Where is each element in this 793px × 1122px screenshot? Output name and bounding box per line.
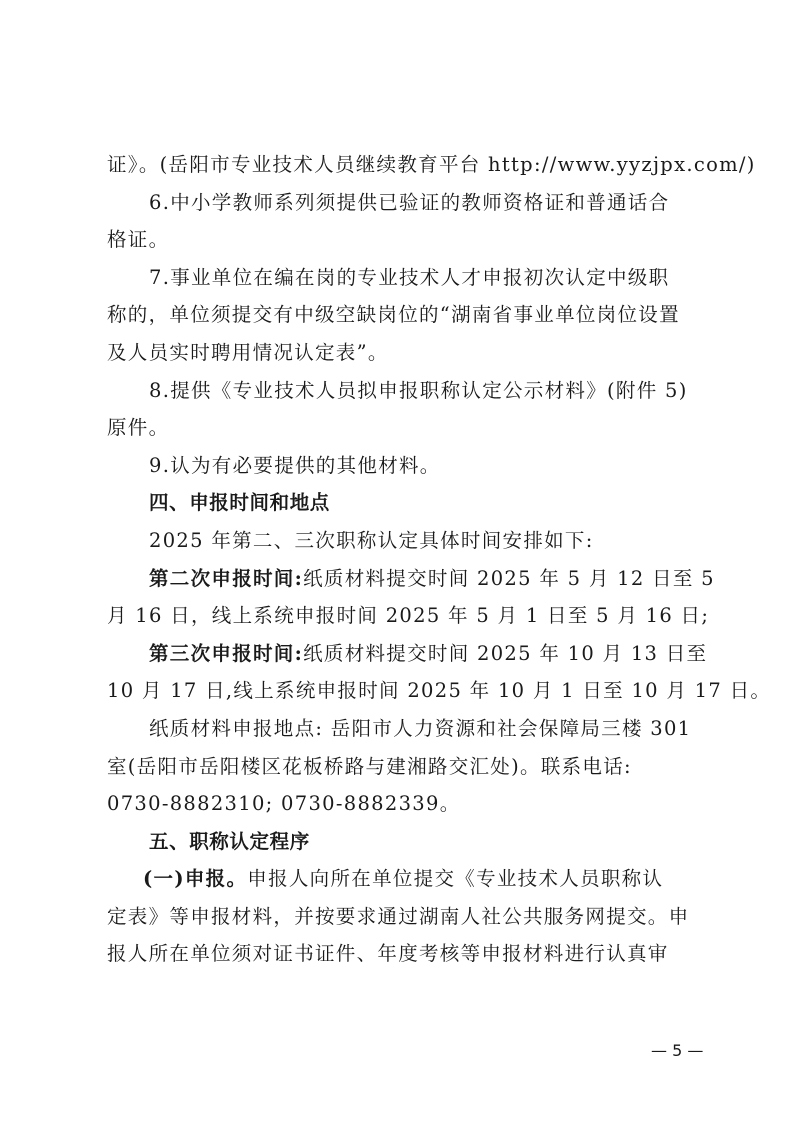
- second-round-label: 第二次申报时间:: [149, 567, 303, 590]
- paragraph-line: 称的，单位须提交有中级空缺岗位的“湖南省事业单位岗位设置: [107, 296, 695, 334]
- paragraph-line: 2025 年第二、三次职称认定具体时间安排如下:: [107, 522, 695, 560]
- page-number: — 5 —: [651, 1041, 703, 1060]
- paragraph-line: 10 月 17 日,线上系统申报时间 2025 年 10 月 1 日至 10 月…: [107, 672, 695, 710]
- paragraph-line: 原件。: [107, 409, 695, 447]
- third-round-text: 纸质材料提交时间 2025 年 10 月 13 日至: [303, 642, 707, 665]
- paragraph-line: 报人所在单位须对证书证件、年度考核等申报材料进行认真审: [107, 935, 695, 973]
- section-heading-5: 五、职称认定程序: [107, 823, 695, 861]
- paragraph-line: 及人员实时聘用情况认定表”。: [107, 334, 695, 372]
- paragraph-line: 格证。: [107, 221, 695, 259]
- list-item-6: 6.中小学教师系列须提供已验证的教师资格证和普通话合: [107, 184, 695, 222]
- third-round-label: 第三次申报时间:: [149, 642, 303, 665]
- step-1-apply: (一)申报。申报人向所在单位提交《专业技术人员职称认: [107, 860, 695, 898]
- paragraph-line: 定表》等申报材料，并按要求通过湖南人社公共服务网提交。申: [107, 898, 695, 936]
- contact-phone: 0730-8882310; 0730-8882339。: [107, 785, 695, 823]
- submission-location: 纸质材料申报地点: 岳阳市人力资源和社会保障局三楼 301: [107, 710, 695, 748]
- section-heading-4: 四、申报时间和地点: [107, 484, 695, 522]
- second-round-text: 纸质材料提交时间 2025 年 5 月 12 日至 5: [303, 567, 715, 590]
- paragraph-line: 室(岳阳市岳阳楼区花板桥路与建湘路交汇处)。联系电话:: [107, 748, 695, 786]
- paragraph-line: 证》。(岳阳市专业技术人员继续教育平台 http://www.yyzjpx.co…: [107, 146, 695, 184]
- second-round-schedule: 第二次申报时间:纸质材料提交时间 2025 年 5 月 12 日至 5: [107, 560, 695, 598]
- document-page: 证》。(岳阳市专业技术人员继续教育平台 http://www.yyzjpx.co…: [107, 146, 695, 973]
- list-item-8: 8.提供《专业技术人员拟申报职称认定公示材料》(附件 5): [107, 372, 695, 410]
- list-item-9: 9.认为有必要提供的其他材料。: [107, 447, 695, 485]
- paragraph-line: 月 16 日，线上系统申报时间 2025 年 5 月 1 日至 5 月 16 日…: [107, 597, 695, 635]
- step-1-label: (一)申报。: [143, 867, 247, 890]
- step-1-text: 申报人向所在单位提交《专业技术人员职称认: [247, 867, 663, 890]
- list-item-7: 7.事业单位在编在岗的专业技术人才申报初次认定中级职: [107, 259, 695, 297]
- third-round-schedule: 第三次申报时间:纸质材料提交时间 2025 年 10 月 13 日至: [107, 635, 695, 673]
